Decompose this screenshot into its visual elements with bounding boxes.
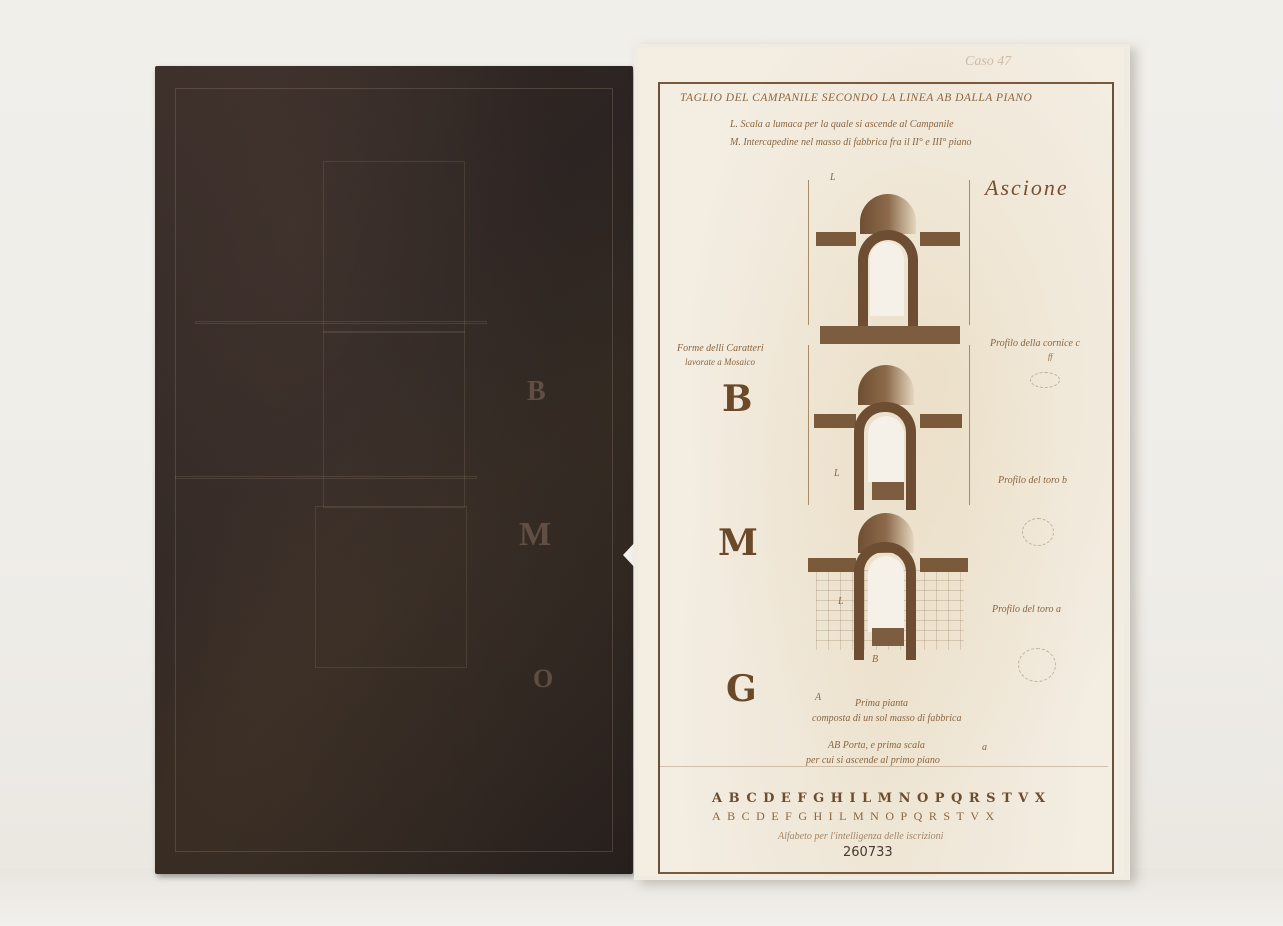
profile-toro-a-label: Profilo del toro a: [992, 604, 1061, 615]
tower-step: [872, 482, 904, 500]
stair-caption-1: AB Porta, e prima scala: [828, 740, 925, 751]
tower-label-l-bottom: L: [838, 596, 844, 607]
profile-cornice-label: Profilo della cornice c: [990, 338, 1080, 349]
tower-label-l-middle: L: [834, 468, 840, 479]
plan-caption-2: composta di un sol masso di fabbrica: [812, 713, 961, 724]
stair-caption-2: per cui si ascende al primo piano: [806, 755, 940, 766]
inventory-number: 260733: [843, 845, 893, 860]
plate-ghost-tower-bottom: [315, 506, 467, 668]
plate-ghost-line: [175, 476, 477, 479]
plate-letter-m: M: [519, 516, 551, 554]
gothic-letter-b: B: [722, 378, 752, 420]
tower-label-b: B: [872, 654, 878, 665]
plate-letter-b: B: [527, 376, 546, 408]
pencil-note: Caso 47: [965, 54, 1011, 70]
artist-signature: Ascione: [985, 175, 1069, 201]
tower-floor-band: [820, 326, 960, 344]
legend-line-l: L. Scala a lumaca per la quale si ascend…: [730, 119, 954, 130]
plan-label-a-lower: a: [982, 742, 987, 753]
tower-label-l-top: L: [830, 172, 836, 183]
profile-cornice-drawing: [1030, 372, 1060, 388]
tower-opening-middle: [868, 416, 904, 482]
divider-line: [660, 766, 1108, 767]
plate-ghost-tower-top: [323, 161, 465, 333]
print-title: TAGLIO DEL CAMPANILE SECONDO LA LINEA AB…: [680, 92, 1100, 104]
profile-cornice-mark: ff: [1048, 352, 1052, 361]
tower-cornice: [920, 414, 962, 428]
alphabet-caption: Alfabeto per l'intelligenza delle iscriz…: [778, 831, 943, 842]
plan-label-a-upper: A: [815, 692, 821, 703]
caption-characters-2: lavorate a Mosaico: [685, 357, 755, 367]
roman-alphabet: ABCDEFGHILMNOPQRSTVX: [712, 809, 1001, 824]
plate-ghost-line: [195, 321, 487, 324]
caption-characters-1: Forme delli Caratteri: [677, 343, 764, 354]
gothic-letter-m: M: [718, 522, 758, 564]
tower-cornice: [920, 232, 960, 246]
tower-opening-top: [870, 242, 904, 316]
tower-cornice: [814, 414, 856, 428]
profile-toro-a-drawing: [1018, 648, 1056, 682]
plate-letter-o: O: [533, 664, 553, 694]
gothic-letter-g: G: [726, 668, 757, 710]
tower-door-step: [872, 628, 904, 646]
tower-cornice: [920, 558, 968, 572]
profile-toro-b-drawing: [1022, 518, 1054, 546]
tower-cornice: [816, 232, 856, 246]
tower-opening-bottom: [868, 556, 904, 632]
bell-tower-section-drawing: L L L B: [808, 180, 968, 660]
profile-toro-b-label: Profilo del toro b: [998, 475, 1067, 486]
legend-line-m: M. Intercapedine nel masso di fabbrica f…: [730, 137, 971, 148]
plate-ghost-tower-middle: [323, 331, 465, 508]
copper-plate: B M O: [155, 66, 633, 874]
gothic-alphabet: ABCDEFGHILMNOPQRSTVX: [712, 791, 1051, 806]
tower-cornice: [808, 558, 856, 572]
plan-caption-1: Prima pianta: [855, 698, 908, 709]
